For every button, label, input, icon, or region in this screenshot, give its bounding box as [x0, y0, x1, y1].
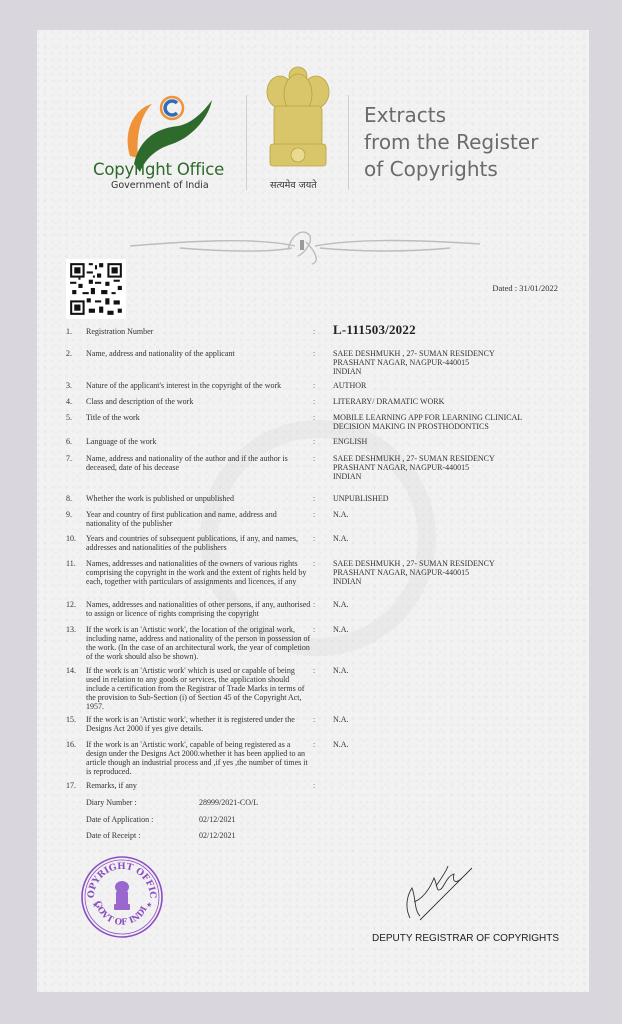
colon: :	[313, 740, 315, 749]
entry-value: AUTHOR	[333, 381, 573, 390]
entry-number: 4.	[66, 397, 72, 406]
diary-number-value: 28999/2021-CO/L	[199, 798, 258, 807]
colon: :	[313, 349, 315, 358]
entry-label: Registration Number	[86, 327, 311, 336]
entry-value: SAEE DESHMUKH , 27- SUMAN RESIDENCY PRAS…	[333, 454, 573, 481]
entry-label: Name, address and nationality of the aut…	[86, 454, 311, 472]
colon: :	[313, 600, 315, 609]
ornamental-flourish-icon	[120, 222, 490, 267]
entry-value: UNPUBLISHED	[333, 494, 573, 503]
application-date-label: Date of Application :	[86, 815, 153, 824]
entry-value: N.A.	[333, 715, 573, 724]
colon: :	[313, 494, 315, 503]
entry-number: 1.	[66, 327, 72, 336]
entry-value: N.A.	[333, 625, 573, 634]
official-seal-stamp-icon: COPYRIGHT OFFICE GOVT OF INDIA ★ ★	[80, 855, 164, 939]
entry-number: 3.	[66, 381, 72, 390]
entry-number: 15.	[66, 715, 76, 724]
receipt-date-value: 02/12/2021	[199, 831, 235, 840]
entry-value: ENGLISH	[333, 437, 573, 446]
colon: :	[313, 510, 315, 519]
entry-label: If the work is an 'Artistic work', the l…	[86, 625, 311, 661]
colon: :	[313, 715, 315, 724]
entry-label: Years and countries of subsequent public…	[86, 534, 311, 552]
entry-label: Year and country of first publication an…	[86, 510, 311, 528]
entry-value: SAEE DESHMUKH , 27- SUMAN RESIDENCY PRAS…	[333, 349, 573, 376]
entry-label: Whether the work is published or unpubli…	[86, 494, 311, 503]
divider	[246, 95, 247, 190]
signature-icon	[390, 858, 480, 928]
entry-number: 6.	[66, 437, 72, 446]
entry-label: Title of the work	[86, 413, 311, 422]
entry-label: Name, address and nationality of the app…	[86, 349, 311, 358]
entry-number: 11.	[66, 559, 76, 568]
colon: :	[313, 454, 315, 463]
divider	[348, 95, 349, 190]
colon: :	[313, 666, 315, 675]
entry-value: LITERARY/ DRAMATIC WORK	[333, 397, 573, 406]
diary-number-label: Diary Number :	[86, 798, 137, 807]
office-title: Copyright Office	[93, 160, 224, 179]
entry-number: 2.	[66, 349, 72, 358]
colon: :	[313, 437, 315, 446]
colon: :	[313, 559, 315, 568]
entry-number: 14.	[66, 666, 76, 675]
entry-number: 17.	[66, 781, 76, 790]
entry-number: 12.	[66, 600, 76, 609]
title-line-1: Extracts	[364, 102, 538, 129]
entry-value: N.A.	[333, 534, 573, 543]
national-motto: सत्यमेव जयते	[270, 178, 317, 191]
application-date-value: 02/12/2021	[199, 815, 235, 824]
entry-label: Names, addresses and nationalities of ot…	[86, 600, 311, 618]
entry-label: If the work is an 'Artistic work', wheth…	[86, 715, 311, 733]
entry-label: Language of the work	[86, 437, 311, 446]
entry-label: If the work is an 'Artistic work', capab…	[86, 740, 311, 776]
colon: :	[313, 413, 315, 422]
entry-value: N.A.	[333, 666, 573, 675]
entry-number: 7.	[66, 454, 72, 463]
entry-number: 10.	[66, 534, 76, 543]
title-line-2: from the Register	[364, 129, 538, 156]
svg-text:★: ★	[146, 901, 152, 909]
entry-label: Names, addresses and nationalities of th…	[86, 559, 311, 586]
certificate-header: Copyright Office Government of India सत्…	[0, 0, 622, 200]
document-title: Extracts from the Register of Copyrights	[364, 102, 538, 183]
entry-number: 8.	[66, 494, 72, 503]
office-subtitle: Government of India	[111, 180, 209, 191]
national-emblem-icon	[262, 62, 334, 177]
qr-code-icon	[66, 259, 126, 319]
entry-value: SAEE DESHMUKH , 27- SUMAN RESIDENCY PRAS…	[333, 559, 573, 586]
entry-label: If the work is an 'Artistic work' which …	[86, 666, 311, 711]
colon: :	[313, 381, 315, 390]
colon: :	[313, 534, 315, 543]
colon: :	[313, 397, 315, 406]
entry-number: 13.	[66, 625, 76, 634]
entry-number: 16.	[66, 740, 76, 749]
entry-value: N.A.	[333, 600, 573, 609]
colon: :	[313, 781, 315, 790]
title-line-3: of Copyrights	[364, 156, 538, 183]
registration-number: L-111503/2022	[333, 325, 573, 334]
entry-label: Class and description of the work	[86, 397, 311, 406]
colon: :	[313, 327, 315, 336]
entry-number: 5.	[66, 413, 72, 422]
entry-number: 9.	[66, 510, 72, 519]
issue-date: Dated : 31/01/2022	[492, 283, 558, 293]
entry-label: Nature of the applicant's interest in th…	[86, 381, 326, 390]
entry-value: MOBILE LEARNING APP FOR LEARNING CLINICA…	[333, 413, 573, 431]
svg-text:★: ★	[92, 901, 98, 909]
receipt-date-label: Date of Receipt :	[86, 831, 140, 840]
entry-label: Remarks, if any	[86, 781, 311, 790]
entry-value: N.A.	[333, 510, 573, 519]
entry-value: N.A.	[333, 740, 573, 749]
colon: :	[313, 625, 315, 634]
signatory-title: DEPUTY REGISTRAR OF COPYRIGHTS	[372, 933, 559, 944]
